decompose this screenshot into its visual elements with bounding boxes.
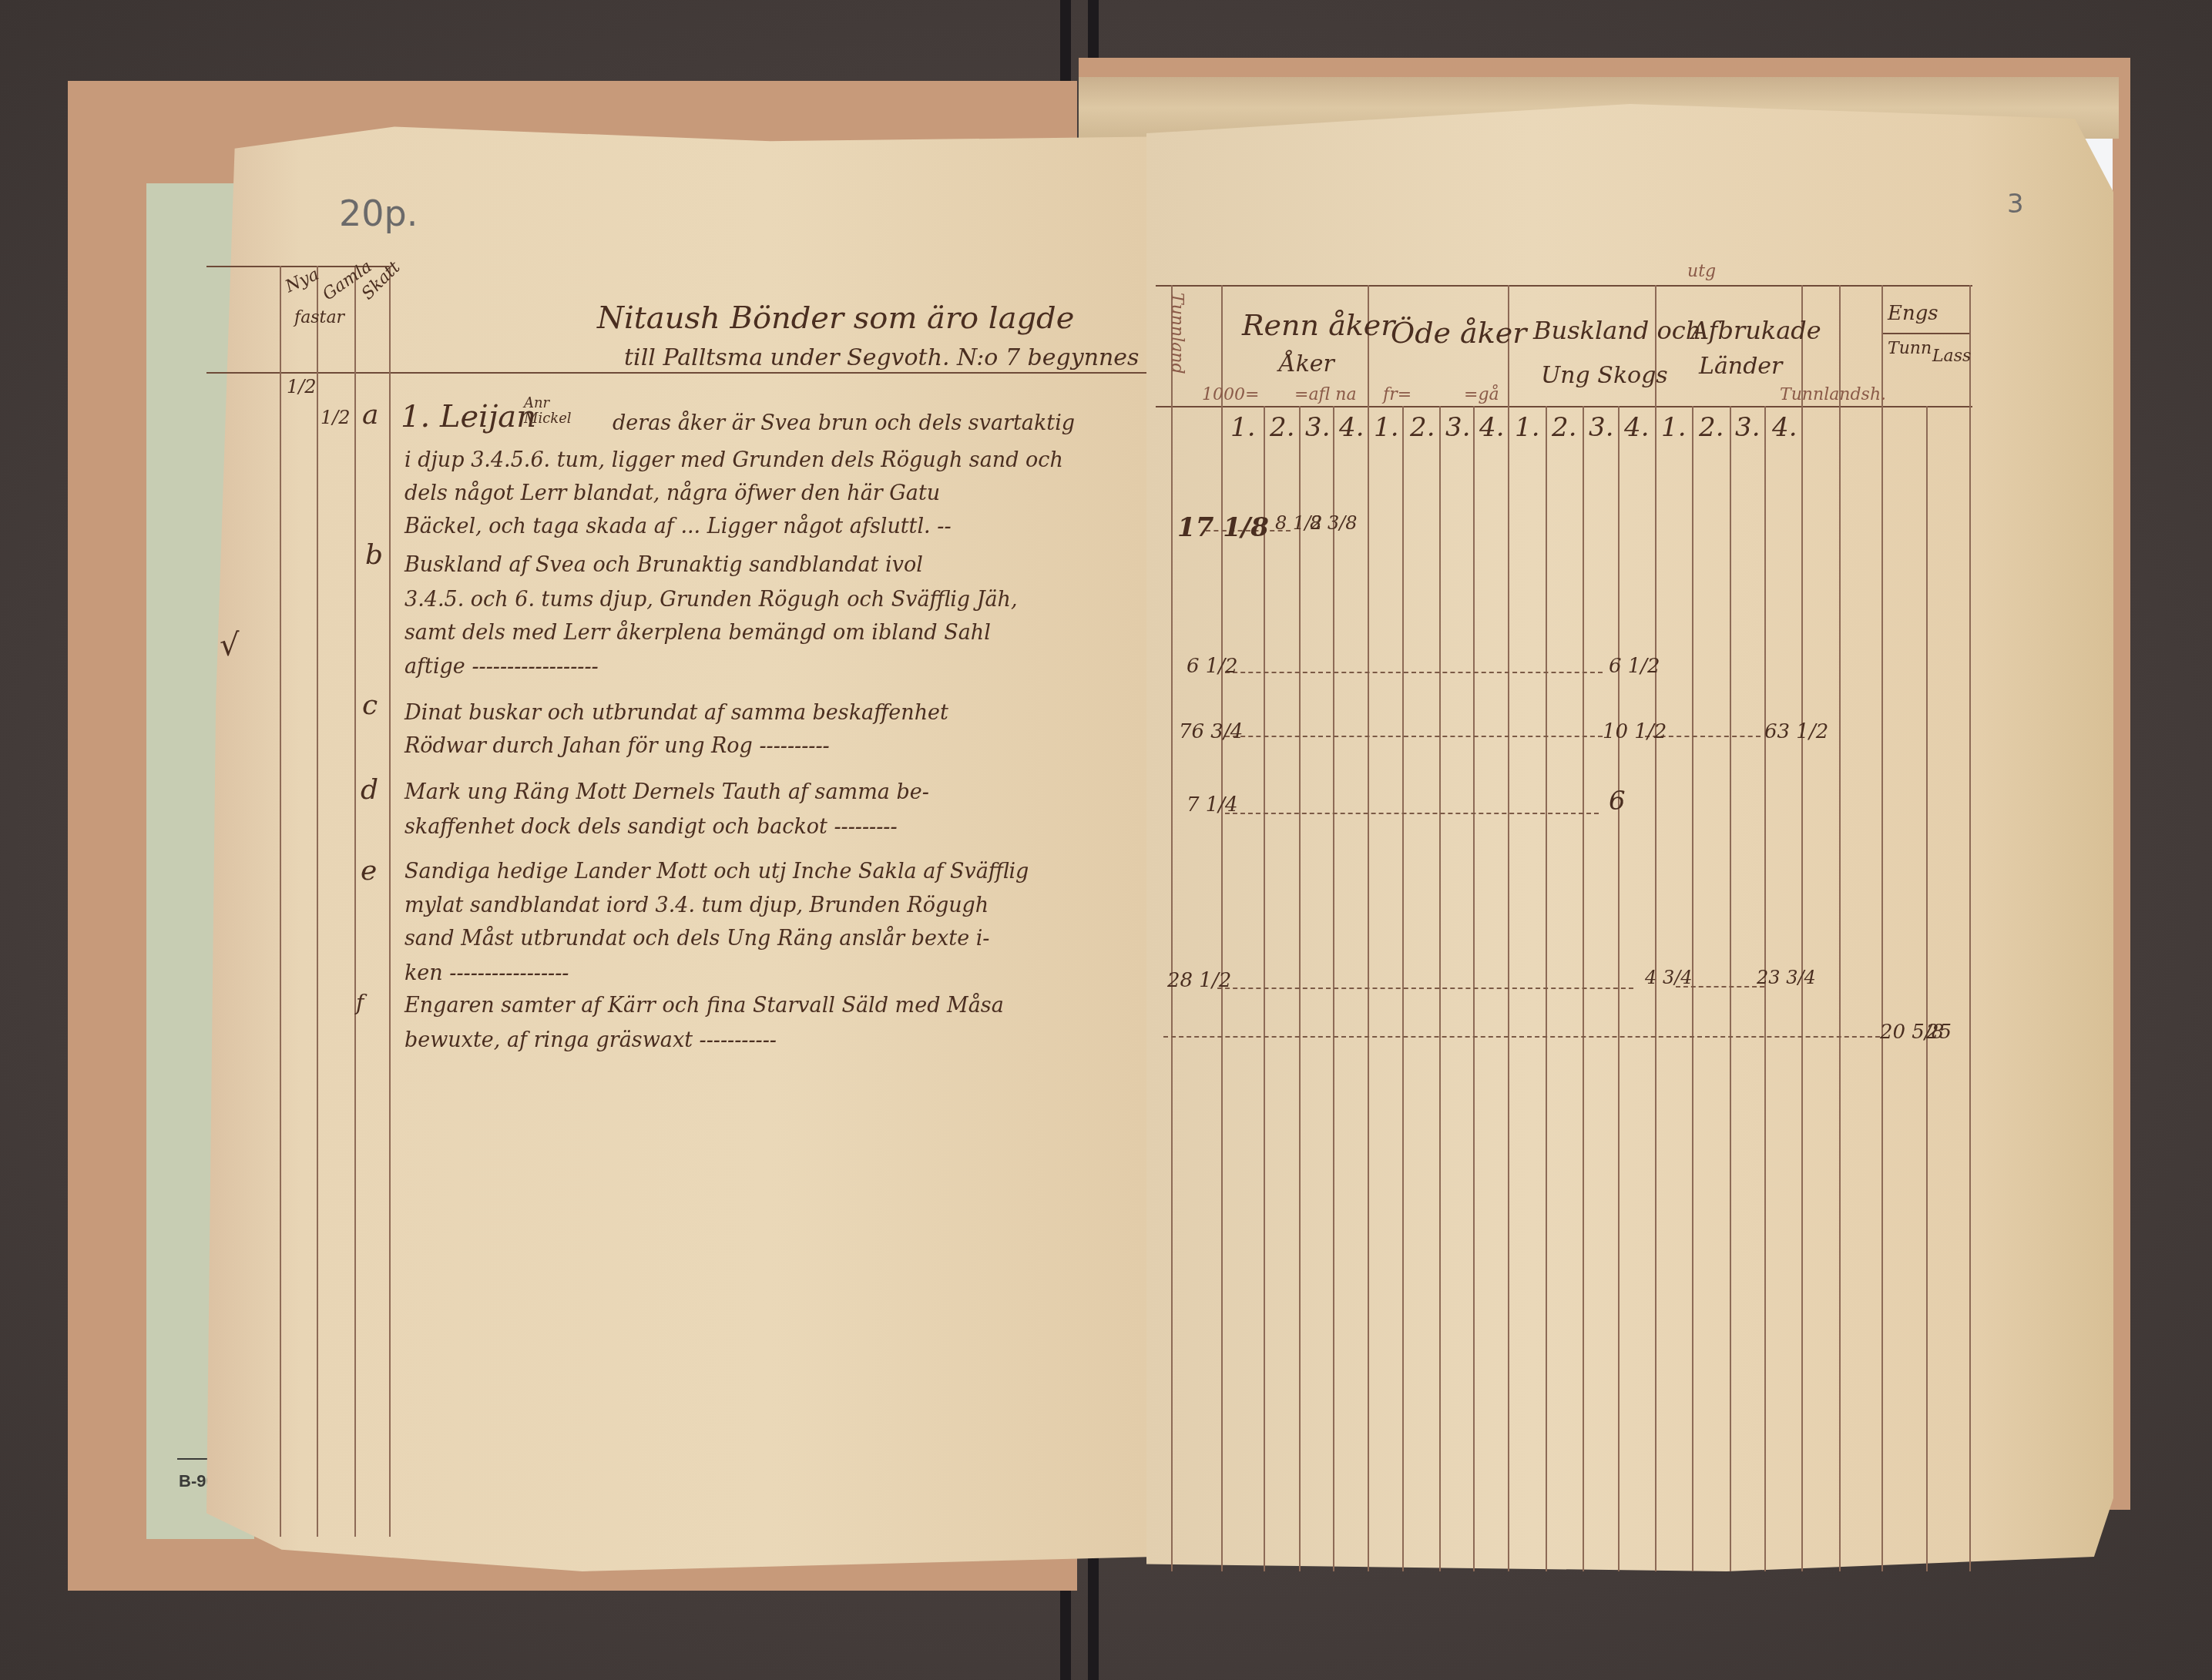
group-header-afbrukade: Afbrukade: [1691, 316, 1821, 345]
column-number: 1.: [1515, 412, 1539, 443]
column-number: 3.: [1589, 412, 1613, 443]
page-title-line-2: till Palltsma under Segvoth. N:o 7 begyn…: [624, 347, 1139, 370]
row-b-line-3: samt dels med Lerr åkerplena bemängd om …: [404, 622, 991, 643]
column-number: 2.: [1699, 412, 1724, 443]
right-col-rule: [1368, 285, 1369, 1571]
right-col-rule: [1655, 285, 1656, 1571]
column-number: 4.: [1772, 412, 1797, 443]
value-c-afbr-3: 63 1/2: [1764, 720, 1828, 743]
value-c-busk-3: 10 1/2: [1603, 720, 1667, 743]
leader-e-1: [1217, 988, 1633, 989]
row-b-line-1: Buskland af Svea och Brunaktig sandbland…: [404, 555, 923, 575]
row-letter-d: d: [361, 774, 378, 806]
left-page: [206, 119, 1146, 1571]
row-a-line-3: dels något Lerr blandat, några öfwer den…: [404, 483, 940, 504]
row-e-line-3: sand Måst utbrundat och dels Ung Räng an…: [404, 928, 989, 949]
right-col-rule: [1969, 285, 1971, 1571]
right-col-rule: [1801, 285, 1803, 1571]
pencil-folio-right: 3: [2007, 189, 2024, 220]
header-fastar: fastar: [294, 308, 344, 327]
value-e-afbr-3: 23 3/4: [1757, 967, 1816, 988]
baseline-note-1: 1000=: [1202, 385, 1259, 404]
leader-f: [1163, 1036, 1880, 1038]
row-f-line-1: Engaren samter af Kärr och fina Starvall…: [404, 995, 1004, 1016]
value-b-tunnland: 6 1/2: [1187, 655, 1238, 678]
column-number: 4.: [1339, 412, 1364, 443]
right-header-top-rule: [1156, 285, 1972, 287]
column-number: 1.: [1230, 412, 1255, 443]
group-header-buskland-sub: Ung Skogs: [1541, 362, 1668, 389]
share-fraction-2: 1/2: [321, 407, 351, 428]
value-a-renn-3: 8 3/8: [1310, 512, 1358, 534]
right-header-bottom-rule: [1156, 406, 1972, 407]
left-header-bottom-rule: [206, 372, 1150, 374]
right-col-rule: [1926, 406, 1928, 1571]
group-header-ode-aker: Öde åker: [1391, 316, 1526, 350]
row-c-line-1: Dinat buskar och utbrundat af samma besk…: [404, 703, 948, 723]
row-e-line-2: mylat sandblandat iord 3.4. tum djup, Br…: [404, 895, 989, 916]
farm-owners: Anr Mickel: [524, 396, 572, 427]
value-b-busk-3: 6 1/2: [1609, 655, 1660, 678]
value-e-busk-4: 4 3/4: [1645, 967, 1693, 988]
column-number: 3.: [1305, 412, 1330, 443]
right-col-rule: [1508, 285, 1509, 1571]
right-col-rule: [1730, 406, 1731, 1571]
value-c-tunnland: 76 3/4: [1179, 720, 1243, 743]
left-col-rule-3: [354, 266, 356, 1537]
baseline-note-2: =afl na: [1294, 385, 1357, 404]
value-e-tunnland: 28 1/2: [1167, 969, 1231, 992]
owner-1: Anr: [524, 396, 572, 411]
row-letter-e: e: [361, 855, 377, 887]
column-number: 2.: [1410, 412, 1435, 443]
engs-sub-tunn: Tunn: [1888, 339, 1932, 358]
row-letter-b: b: [365, 539, 383, 571]
column-number: 4.: [1624, 412, 1649, 443]
column-number: 2.: [1552, 412, 1576, 443]
row-a-line-4: Bäckel, och taga skada af ... Ligger någ…: [404, 516, 952, 537]
baseline-note-4: =gå: [1464, 385, 1499, 404]
row-letter-f: f: [356, 990, 364, 1015]
value-a-tunnland: 17 1/8: [1177, 512, 1269, 543]
right-col-rule: [1881, 285, 1883, 1571]
margin-check-mark: √: [220, 628, 240, 663]
row-a-line-1: deras åker är Svea brun och dels svartak…: [613, 413, 1075, 434]
leader-d: [1225, 813, 1599, 814]
column-number: 4.: [1479, 412, 1504, 443]
leader-b: [1225, 672, 1603, 673]
header-note-utg: utg: [1687, 262, 1716, 281]
group-header-renn-aker-sub: Åker: [1279, 350, 1334, 377]
left-col-rule-2: [317, 266, 318, 1537]
right-col-rule: [1171, 285, 1173, 1571]
baseline-note-5: Tunnlandsh.: [1780, 385, 1886, 404]
row-letter-c: c: [362, 689, 378, 721]
pencil-folio-left: 20p.: [339, 193, 418, 234]
row-d-line-1: Mark ung Räng Mott Dernels Tauth af samm…: [404, 782, 929, 803]
column-number: 1.: [1374, 412, 1398, 443]
right-col-rule: [1764, 406, 1766, 1571]
right-col-rule: [1839, 285, 1841, 1571]
left-col-rule-4: [389, 266, 391, 1537]
row-b-line-2: 3.4.5. och 6. tums djup, Grunden Rögugh …: [404, 589, 1018, 610]
row-c-line-2: Rödwar durch Jahan för ung Rog ---------…: [404, 736, 830, 756]
leader-c-1: [1225, 736, 1603, 737]
share-fraction-1: 1/2: [287, 376, 317, 397]
row-e-line-4: ken -----------------: [404, 963, 569, 984]
row-b-line-4: aftige ------------------: [404, 656, 599, 677]
row-d-line-2: skaffenhet dock dels sandigt och backot …: [404, 817, 898, 837]
column-number: 3.: [1445, 412, 1470, 443]
engs-sub-lass: Lass: [1932, 347, 1971, 366]
group-header-renn-aker: Renn åker: [1242, 308, 1395, 342]
column-number: 1.: [1661, 412, 1686, 443]
row-e-line-1: Sandiga hedige Lander Mott och utj Inche…: [404, 861, 1029, 882]
baseline-note-3: fr=: [1383, 385, 1411, 404]
owner-2: Mickel: [524, 411, 572, 427]
left-col-rule-1: [280, 266, 281, 1537]
column-number: 2.: [1270, 412, 1294, 443]
value-d-busk-3: 6: [1609, 786, 1626, 817]
right-col-rule: [1692, 406, 1693, 1571]
engs-sub-rule: [1881, 333, 1969, 334]
group-header-afbrukade-sub: Länder: [1699, 353, 1782, 380]
value-f-engs-lass: 25: [1926, 1021, 1952, 1044]
tunnland-vertical-header: Tunnland: [1167, 293, 1187, 374]
right-col-rule: [1221, 285, 1223, 1571]
group-header-engs: Engs: [1888, 302, 1938, 325]
value-d-tunnland: 7 1/4: [1187, 793, 1238, 817]
column-number: 3.: [1735, 412, 1760, 443]
page-title-line-1: Nitaush Bönder som äro lagde: [597, 300, 1074, 336]
row-a-line-2: i djup 3.4.5.6. tum, ligger med Grunden …: [404, 450, 1063, 471]
farm-name: 1. Leijan: [401, 399, 536, 434]
group-header-buskland: Buskland och: [1533, 316, 1701, 345]
row-f-line-2: bewuxte, af ringa gräswaxt -----------: [404, 1030, 777, 1051]
row-letter-a: a: [362, 399, 378, 431]
